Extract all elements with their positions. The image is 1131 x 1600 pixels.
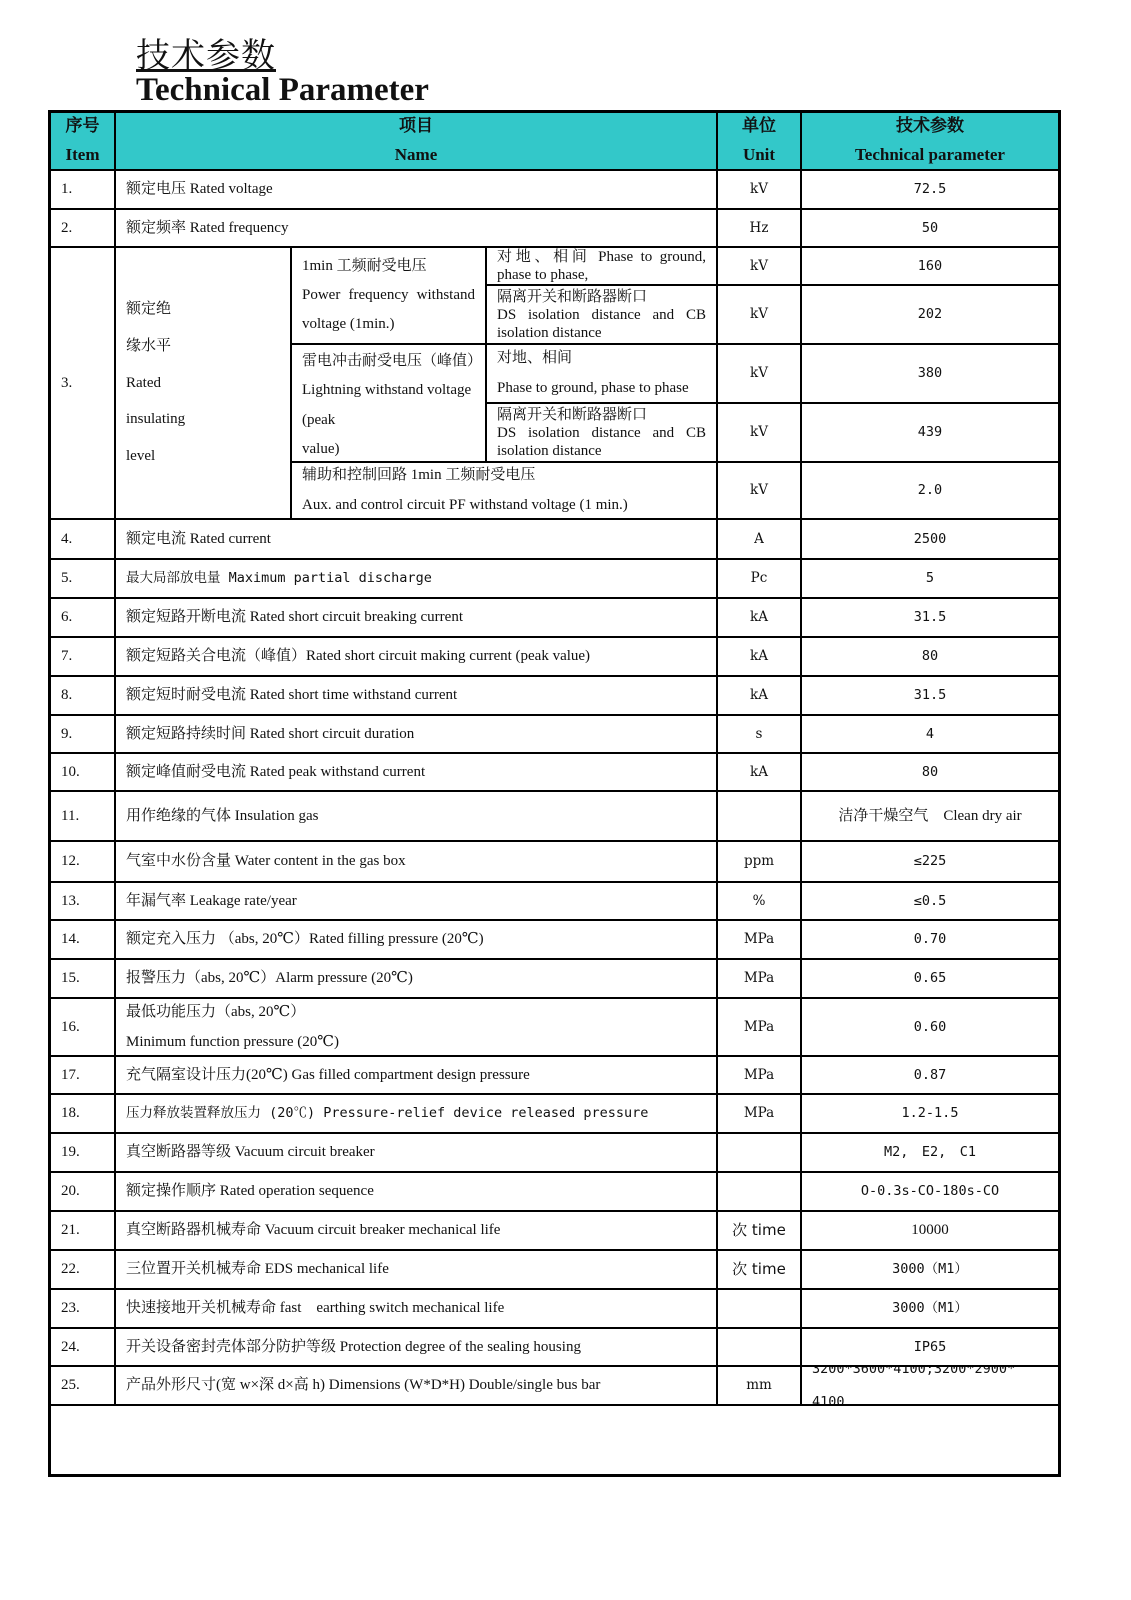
insulation-level-label-4: level bbox=[126, 438, 280, 475]
insulation-level-label-3: insulating bbox=[126, 401, 280, 438]
row-name: 用作绝缘的气体 Insulation gas bbox=[116, 792, 718, 842]
pf-sub2-label: 隔离开关和断路器断口DS isolation distance and CBis… bbox=[487, 286, 718, 345]
row-value: 3200*3600*4100;3200*2900*4100 bbox=[802, 1367, 1058, 1406]
row-unit: Pc bbox=[718, 560, 802, 599]
li-sub1-value: 380 bbox=[802, 345, 1058, 404]
row-name: 最大局部放电量 Maximum partial discharge bbox=[116, 560, 718, 599]
row-value: ≤0.5 bbox=[802, 883, 1058, 921]
li-label-cn: 雷电冲击耐受电压（峰值） bbox=[302, 347, 475, 376]
row-name: 三位置开关机械寿命 EDS mechanical life bbox=[116, 1251, 718, 1290]
row-name: 额定频率 Rated frequency bbox=[116, 210, 718, 248]
pf-label-cn: 1min 工频耐受电压 bbox=[302, 252, 475, 281]
row-item-number: 2. bbox=[51, 210, 116, 248]
page-title-cn: 技术参数 bbox=[136, 28, 276, 77]
row-item-number: 23. bbox=[51, 1290, 116, 1329]
row-value: 0.60 bbox=[802, 999, 1058, 1057]
insulation-level-label-1: 缘水平 bbox=[126, 328, 280, 365]
row-value-line2: 4100 bbox=[812, 1386, 1048, 1407]
row-name: 充气隔室设计压力(20℃) Gas filled compartment des… bbox=[116, 1057, 718, 1095]
aux-withstand-label: 辅助和控制回路 1min 工频耐受电压Aux. and control circ… bbox=[292, 463, 718, 520]
row-item-number: 12. bbox=[51, 842, 116, 883]
row-unit: ppm bbox=[718, 842, 802, 883]
li-sub1-line2: Phase to ground, phase to phase bbox=[497, 374, 706, 403]
row-item-number: 24. bbox=[51, 1329, 116, 1367]
li-sub2-value: 439 bbox=[802, 404, 1058, 463]
row-name: 报警压力（abs, 20℃）Alarm pressure (20℃) bbox=[116, 960, 718, 999]
row-name: 额定短时耐受电流 Rated short time withstand curr… bbox=[116, 677, 718, 716]
header-name: 项目Name bbox=[116, 113, 718, 171]
li-sub1-line1: 对地、相间 bbox=[497, 345, 706, 374]
row-name: 额定短路开断电流 Rated short circuit breaking cu… bbox=[116, 599, 718, 638]
row-item-number: 1. bbox=[51, 171, 116, 210]
row-unit: kA bbox=[718, 599, 802, 638]
row-value: 0.70 bbox=[802, 921, 1058, 960]
row-item-number: 25. bbox=[51, 1367, 116, 1406]
row-unit: 次 time bbox=[718, 1212, 802, 1251]
row-unit: MPa bbox=[718, 999, 802, 1057]
row-value: IP65 bbox=[802, 1329, 1058, 1367]
row-value: 1.2-1.5 bbox=[802, 1095, 1058, 1134]
li-sub2-line1: 隔离开关和断路器断口 bbox=[497, 406, 706, 424]
row-unit: A bbox=[718, 520, 802, 560]
header-unit-cn: 单位 bbox=[742, 113, 776, 141]
row-name: 额定短路持续时间 Rated short circuit duration bbox=[116, 716, 718, 754]
row-value: 31.5 bbox=[802, 599, 1058, 638]
row-name: 真空断路器机械寿命 Vacuum circuit breaker mechani… bbox=[116, 1212, 718, 1251]
pf-label-en2: voltage (1min.) bbox=[302, 310, 475, 339]
row-unit: kA bbox=[718, 754, 802, 792]
row-unit: s bbox=[718, 716, 802, 754]
row-value: O-0.3s-CO-180s-CO bbox=[802, 1173, 1058, 1212]
row-unit bbox=[718, 1173, 802, 1212]
row-item-number: 13. bbox=[51, 883, 116, 921]
row-item-number: 22. bbox=[51, 1251, 116, 1290]
row-item-number: 20. bbox=[51, 1173, 116, 1212]
row-unit: MPa bbox=[718, 1057, 802, 1095]
row-item-number: 4. bbox=[51, 520, 116, 560]
pf-sub1-line1: 对地、相间 Phase to ground, bbox=[497, 248, 706, 266]
row-name: 开关设备密封壳体部分防护等级 Protection degree of the … bbox=[116, 1329, 718, 1367]
row-value: 3000（M1） bbox=[802, 1290, 1058, 1329]
row-unit: kA bbox=[718, 677, 802, 716]
row-name: 额定电压 Rated voltage bbox=[116, 171, 718, 210]
li-sub2-unit: kV bbox=[718, 404, 802, 463]
row-item-number: 7. bbox=[51, 638, 116, 677]
aux-label-en: Aux. and control circuit PF withstand vo… bbox=[302, 491, 706, 520]
header-item: 序号Item bbox=[51, 113, 116, 171]
row-item-number: 3. bbox=[51, 248, 116, 520]
row-item-number: 9. bbox=[51, 716, 116, 754]
pf-withstand-label: 1min 工频耐受电压Power frequency withstandvolt… bbox=[292, 248, 487, 345]
row-value: 4 bbox=[802, 716, 1058, 754]
aux-value: 2.0 bbox=[802, 463, 1058, 520]
insulation-level-group: 额定绝缘水平Ratedinsulatinglevel bbox=[116, 248, 292, 520]
row-value: ≤225 bbox=[802, 842, 1058, 883]
row-value: 10000 bbox=[802, 1212, 1058, 1251]
row-name: 额定短路关合电流（峰值）Rated short circuit making c… bbox=[116, 638, 718, 677]
row-name: 最低功能压力（abs, 20℃）Minimum function pressur… bbox=[116, 999, 718, 1057]
row-name: 气室中水份含量 Water content in the gas box bbox=[116, 842, 718, 883]
row-value: 50 bbox=[802, 210, 1058, 248]
pf-sub1-line2: phase to phase, bbox=[497, 266, 706, 284]
row-value: 31.5 bbox=[802, 677, 1058, 716]
li-sub1-unit: kV bbox=[718, 345, 802, 404]
row-name: 压力释放装置释放压力 (20℃) Pressure-relief device … bbox=[116, 1095, 718, 1134]
li-sub2-line3: isolation distance bbox=[497, 442, 706, 460]
page-title-en: Technical Parameter bbox=[136, 72, 429, 109]
row-name: 年漏气率 Leakage rate/year bbox=[116, 883, 718, 921]
row-value: 80 bbox=[802, 638, 1058, 677]
row-unit: kA bbox=[718, 638, 802, 677]
row-item-number: 10. bbox=[51, 754, 116, 792]
row-unit: MPa bbox=[718, 921, 802, 960]
row-item-number: 19. bbox=[51, 1134, 116, 1173]
header-name-cn: 项目 bbox=[399, 113, 433, 141]
pf-sub2-value: 202 bbox=[802, 286, 1058, 345]
row-unit bbox=[718, 1290, 802, 1329]
row-item-number: 15. bbox=[51, 960, 116, 999]
li-sub2-label: 隔离开关和断路器断口DS isolation distance and CBis… bbox=[487, 404, 718, 463]
row-name-cn: 最低功能压力（abs, 20℃） bbox=[126, 999, 706, 1027]
technical-parameter-table: 序号Item项目Name单位Unit技术参数Technical paramete… bbox=[48, 110, 1061, 1477]
pf-sub1-label: 对地、相间 Phase to ground,phase to phase, bbox=[487, 248, 718, 286]
row-unit: mm bbox=[718, 1367, 802, 1406]
pf-sub1-value: 160 bbox=[802, 248, 1058, 286]
row-unit bbox=[718, 792, 802, 842]
li-label-en2: value) bbox=[302, 435, 475, 463]
pf-sub2-unit: kV bbox=[718, 286, 802, 345]
row-name: 额定电流 Rated current bbox=[116, 520, 718, 560]
row-value: 0.65 bbox=[802, 960, 1058, 999]
row-item-number: 5. bbox=[51, 560, 116, 599]
row-name: 产品外形尺寸(宽 w×深 d×高 h) Dimensions (W*D*H) D… bbox=[116, 1367, 718, 1406]
row-item-number: 8. bbox=[51, 677, 116, 716]
li-sub1-label: 对地、相间Phase to ground, phase to phase bbox=[487, 345, 718, 404]
row-value: 80 bbox=[802, 754, 1058, 792]
row-item-number: 6. bbox=[51, 599, 116, 638]
row-unit: MPa bbox=[718, 1095, 802, 1134]
aux-label-cn: 辅助和控制回路 1min 工频耐受电压 bbox=[302, 463, 706, 491]
header-item-en: Item bbox=[66, 141, 100, 170]
pf-label-en1: Power frequency withstand bbox=[302, 281, 475, 310]
header-item-cn: 序号 bbox=[66, 113, 100, 141]
row-item-number: 17. bbox=[51, 1057, 116, 1095]
row-item-number: 21. bbox=[51, 1212, 116, 1251]
li-sub2-line2: DS isolation distance and CB bbox=[497, 424, 706, 442]
insulation-level-label-0: 额定绝 bbox=[126, 291, 280, 328]
li-label-en1: Lightning withstand voltage (peak bbox=[302, 376, 475, 435]
insulation-level-label-2: Rated bbox=[126, 365, 280, 402]
pf-sub2-line2: DS isolation distance and CB bbox=[497, 306, 706, 324]
row-name: 真空断路器等级 Vacuum circuit breaker bbox=[116, 1134, 718, 1173]
header-param-cn: 技术参数 bbox=[896, 113, 964, 141]
pf-sub1-unit: kV bbox=[718, 248, 802, 286]
row-item-number: 16. bbox=[51, 999, 116, 1057]
row-unit bbox=[718, 1134, 802, 1173]
pf-sub2-line3: isolation distance bbox=[497, 324, 706, 342]
header-unit: 单位Unit bbox=[718, 113, 802, 171]
row-name-en: Minimum function pressure (20℃) bbox=[126, 1027, 706, 1057]
pf-sub2-line1: 隔离开关和断路器断口 bbox=[497, 288, 706, 306]
row-name: 额定操作顺序 Rated operation sequence bbox=[116, 1173, 718, 1212]
row-value: 3000（M1） bbox=[802, 1251, 1058, 1290]
row-value: 72.5 bbox=[802, 171, 1058, 210]
row-item-number: 18. bbox=[51, 1095, 116, 1134]
row-value: 2500 bbox=[802, 520, 1058, 560]
aux-unit: kV bbox=[718, 463, 802, 520]
row-unit: MPa bbox=[718, 960, 802, 999]
row-unit: 次 time bbox=[718, 1251, 802, 1290]
row-value: 洁净干燥空气 Clean dry air bbox=[802, 792, 1058, 842]
header-param-en: Technical parameter bbox=[855, 141, 1005, 170]
row-unit bbox=[718, 1329, 802, 1367]
row-unit: kV bbox=[718, 171, 802, 210]
header-param: 技术参数Technical parameter bbox=[802, 113, 1058, 171]
row-unit: Hz bbox=[718, 210, 802, 248]
row-item-number: 14. bbox=[51, 921, 116, 960]
header-unit-en: Unit bbox=[743, 141, 775, 170]
row-value-line1: 3200*3600*4100;3200*2900* bbox=[812, 1367, 1048, 1386]
li-withstand-label: 雷电冲击耐受电压（峰值）Lightning withstand voltage … bbox=[292, 345, 487, 463]
row-unit: % bbox=[718, 883, 802, 921]
row-name: 额定充入压力 （abs, 20℃）Rated filling pressure … bbox=[116, 921, 718, 960]
row-item-number: 11. bbox=[51, 792, 116, 842]
row-name: 额定峰值耐受电流 Rated peak withstand current bbox=[116, 754, 718, 792]
row-value: M2, E2, C1 bbox=[802, 1134, 1058, 1173]
row-value: 5 bbox=[802, 560, 1058, 599]
row-value: 0.87 bbox=[802, 1057, 1058, 1095]
header-name-en: Name bbox=[395, 141, 437, 170]
row-name: 快速接地开关机械寿命 fast earthing switch mechanic… bbox=[116, 1290, 718, 1329]
